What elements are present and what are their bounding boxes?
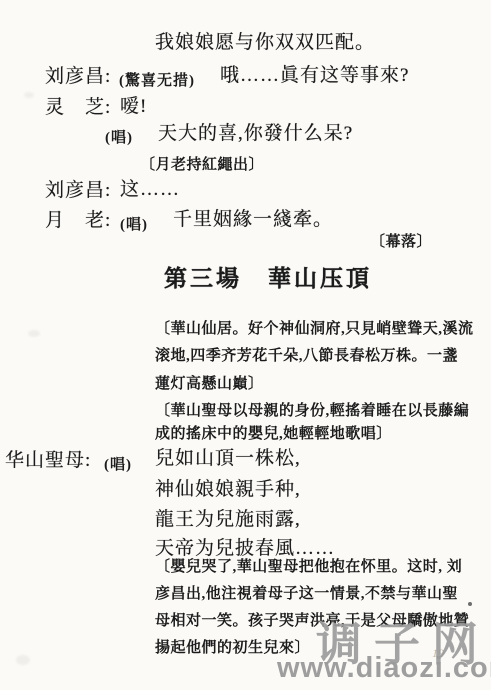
dialogue-lingzhi: 嗳! — [120, 94, 147, 120]
stage-direction-baby-line-1: 〔嬰兒哭了,華山聖母把他抱在怀里。这时, 刘 — [155, 554, 462, 580]
song-line-1: 兒如山頂一株松, — [155, 446, 301, 472]
scan-dot — [468, 602, 472, 606]
yuelao-sing-cue: (唱) — [120, 212, 148, 238]
scene-heading: 第三場 華山压頂 — [164, 266, 372, 292]
dialogue-liuyanchang-1: 哦……眞有这等事來? — [220, 63, 409, 89]
speaker-liuyanchang-2: 刘彦昌: — [45, 178, 111, 204]
script-page: 我娘娘愿与你双双匹配。 刘彦昌: (驚喜无措) 哦……眞有这等事來? 灵 芝: … — [0, 0, 491, 690]
stage-direction-setting-line-1: 〔華山仙居。好个神仙洞府,只見峭壁聳天,溪流 — [155, 316, 474, 342]
stage-direction-setting-line-2: 滚地,四季齐芳花千朵,八節長春松万株。一盞 — [155, 343, 458, 369]
stage-direction-baby-line-2: 彦昌出,他注視着母子这一情景,不禁与華山聖 — [155, 581, 458, 607]
dialogue-liuyanchang-2: 这…… — [120, 177, 180, 203]
song-line-3: 龍王为兒施雨露, — [155, 507, 301, 533]
watermark-site-url: www.diaozi.com — [277, 652, 491, 685]
lyric-line-carryover: 我娘娘愿与你双双匹配。 — [155, 30, 375, 56]
lyric-line-lingzhi: 天大的喜,你發什么呆? — [158, 121, 353, 147]
speaker-liuyanchang: 刘彦昌: — [45, 64, 111, 90]
speaker-yuelao: 月 老: — [45, 208, 111, 234]
scan-smudge — [24, 92, 34, 98]
stage-direction-cradle-line-2: 成的搖床中的嬰兒,她輕輕地歌唱〕 — [155, 421, 392, 447]
song-line-2: 神仙娘娘親手种, — [155, 477, 301, 503]
lyric-line-yuelao: 千里姻緣一綫牽。 — [173, 207, 333, 233]
sing-cue: (唱) — [105, 125, 133, 151]
speaker-huashan-shengmu: 华山聖母: — [5, 448, 91, 474]
stage-direction-curtain-falls: 〔幕落〕 — [370, 229, 432, 255]
stage-aside-surprised: (驚喜无措) — [119, 68, 195, 94]
scan-smudge — [16, 655, 30, 665]
stage-direction-setting-line-3: 蓮灯高懸山巔〕 — [155, 371, 264, 397]
shengmu-sing-cue: (唱) — [104, 452, 132, 478]
speaker-lingzhi: 灵 芝: — [45, 95, 111, 121]
scan-smudge — [28, 330, 40, 337]
stage-direction-yuelao-enters: 〔月老持紅繩出〕 — [140, 152, 264, 178]
